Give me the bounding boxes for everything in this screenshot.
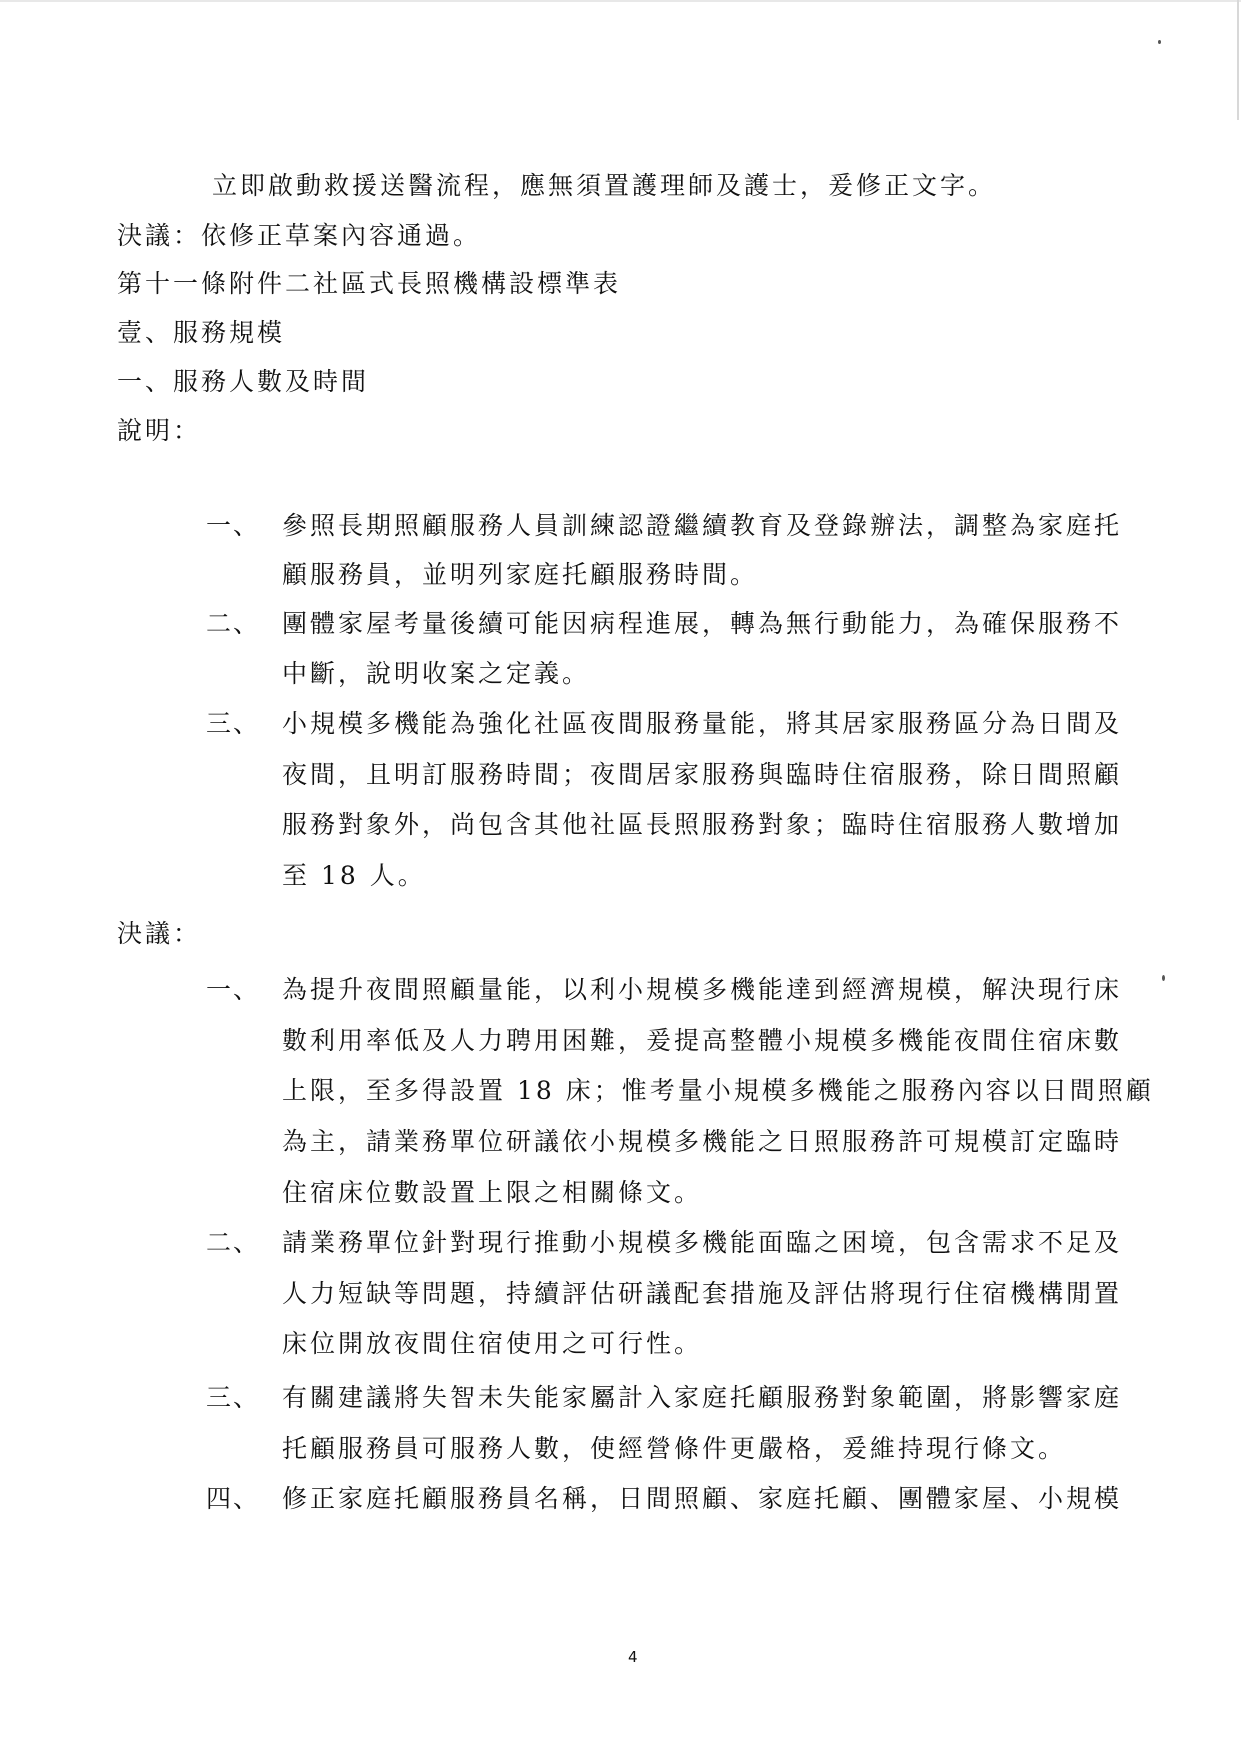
scan-speck (1162, 975, 1165, 981)
list-item-line: 參照長期照顧服務人員訓練認證繼續教育及登錄辦法，調整為家庭托 (282, 510, 1122, 542)
list-marker: 一、 (206, 510, 260, 542)
list-item-line: 修正家庭托顧服務員名稱，日間照顧、家庭托顧、團體家屋、小規模 (282, 1483, 1122, 1515)
scan-speck (1158, 40, 1161, 44)
list-marker: 二、 (206, 1227, 260, 1259)
list-item-line: 為提升夜間照顧量能，以利小規模多機能達到經濟規模，解決現行床 (282, 974, 1122, 1006)
scan-edge (1237, 0, 1239, 120)
list-marker: 二、 (206, 608, 260, 640)
resolution-label: 決議： (117, 918, 201, 950)
list-item-line: 為主，請業務單位研議依小規模多機能之日照服務許可規模訂定臨時 (282, 1126, 1122, 1158)
list-item-line: 團體家屋考量後續可能因病程進展，轉為無行動能力，為確保服務不 (282, 608, 1122, 640)
list-item-line: 住宿床位數設置上限之相關條文。 (282, 1177, 702, 1209)
list-item-line: 人力短缺等問題，持續評估研議配套措施及評估將現行住宿機構閒置 (282, 1278, 1122, 1310)
scan-edge (0, 0, 1241, 2)
list-item-line: 中斷，說明收案之定義。 (282, 658, 590, 690)
list-marker: 一、 (206, 974, 260, 1006)
list-item-line: 數利用率低及人力聘用困難，爰提高整體小規模多機能夜間住宿床數 (282, 1025, 1122, 1057)
list-item-line: 顧服務員，並明列家庭托顧服務時間。 (282, 559, 758, 591)
resolution-passed: 決議：依修正草案內容通過。 (117, 220, 481, 252)
list-item-line: 服務對象外，尚包含其他社區長照服務對象；臨時住宿服務人數增加 (282, 809, 1122, 841)
list-item-line: 小規模多機能為強化社區夜間服務量能，將其居家服務區分為日間及 (282, 708, 1122, 740)
subsection-heading: 一、服務人數及時間 (117, 366, 369, 398)
list-item-line: 托顧服務員可服務人數，使經營條件更嚴格，爰維持現行條文。 (282, 1433, 1066, 1465)
explanation-label: 說明： (117, 415, 201, 447)
list-marker: 三、 (206, 708, 260, 740)
page-number: 4 (628, 1648, 638, 1666)
section-heading: 壹、服務規模 (117, 317, 285, 349)
list-item-line: 上限，至多得設置 18 床；惟考量小規模多機能之服務內容以日間照顧 (282, 1075, 1154, 1107)
list-item-line: 有關建議將失智未失能家屬計入家庭托顧服務對象範圍，將影響家庭 (282, 1382, 1122, 1414)
list-marker: 四、 (206, 1483, 260, 1515)
list-item-line: 至 18 人。 (282, 860, 426, 892)
continuation-line: 立即啟動救援送醫流程，應無須置護理師及護士，爰修正文字。 (212, 170, 996, 202)
list-marker: 三、 (206, 1382, 260, 1414)
list-item-line: 夜間，且明訂服務時間；夜間居家服務與臨時住宿服務，除日間照顧 (282, 759, 1122, 791)
list-item-line: 請業務單位針對現行推動小規模多機能面臨之困境，包含需求不足及 (282, 1227, 1122, 1259)
document-page: 立即啟動救援送醫流程，應無須置護理師及護士，爰修正文字。 決議：依修正草案內容通… (0, 0, 1241, 1754)
list-item-line: 床位開放夜間住宿使用之可行性。 (282, 1328, 702, 1360)
article-heading: 第十一條附件二社區式長照機構設標準表 (117, 268, 621, 300)
